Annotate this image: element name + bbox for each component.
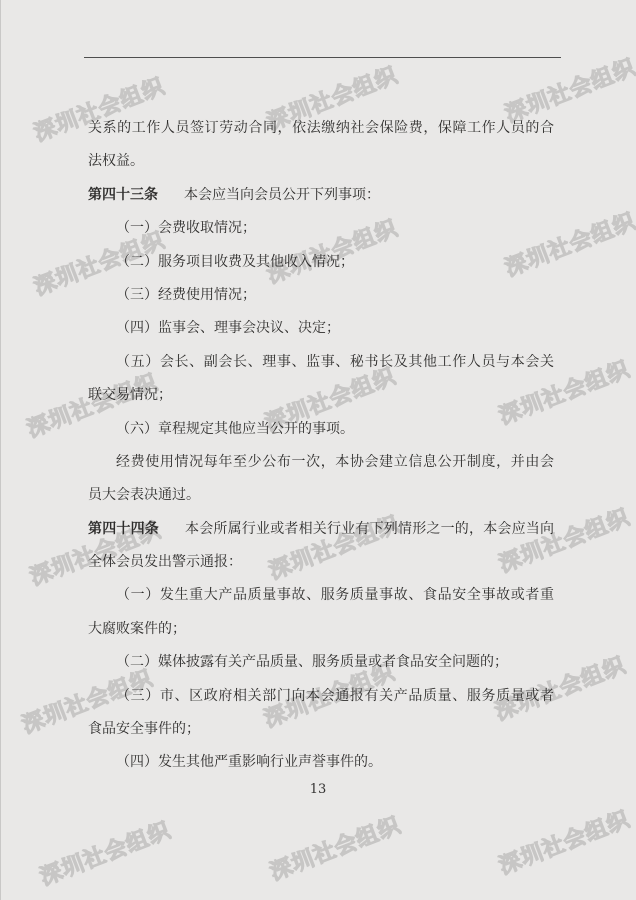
- article-number: 第四十四条: [88, 521, 159, 537]
- header-divider: [84, 57, 561, 58]
- line-text: 经费使用情况每年至少公布一次，本协会建立信息公开制度，并由会: [116, 454, 554, 470]
- line-text: （二）服务项目收费及其他收入情况；: [116, 254, 354, 270]
- line-text: 本会应当向会员公开下列事项：: [184, 187, 380, 203]
- text-line: （四）监事会、理事会决议、决定；: [88, 312, 554, 345]
- text-line: （一）发生重大产品质量事故、服务质量事故、食品安全事故或者重: [88, 579, 554, 612]
- text-line: 经费使用情况每年至少公布一次，本协会建立信息公开制度，并由会: [88, 446, 554, 479]
- text-line: 大腐败案件的；: [88, 613, 554, 646]
- line-text: （六）章程规定其他应当公开的事项。: [116, 421, 354, 437]
- line-text: 员大会表决通过。: [88, 487, 200, 503]
- article-number: 第四十三条: [88, 187, 158, 203]
- text-line: 关系的工作人员签订劳动合同，依法缴纳社会保险费，保障工作人员的合: [88, 112, 554, 145]
- line-text: 本会所属行业或者相关行业有下列情形之一的，本会应当向: [185, 521, 554, 537]
- text-line: （一）会费收取情况；: [88, 212, 554, 245]
- line-text: （二）媒体披露有关产品质量、服务质量或者食品安全问题的；: [116, 654, 508, 670]
- text-line: （三）市、区政府相关部门向本会通报有关产品质量、服务质量或者: [88, 680, 554, 713]
- line-text: （一）发生重大产品质量事故、服务质量事故、食品安全事故或者重: [116, 587, 554, 603]
- document-page: 深圳社会组织深圳社会组织深圳社会组织深圳社会组织深圳社会组织深圳社会组织深圳社会…: [0, 0, 636, 900]
- line-text: （三）市、区政府相关部门向本会通报有关产品质量、服务质量或者: [116, 688, 554, 704]
- watermark-text: 深圳社会组织: [35, 813, 175, 891]
- line-text: 法权益。: [88, 153, 144, 169]
- watermark-text: 深圳社会组织: [265, 808, 405, 886]
- text-line: （六）章程规定其他应当公开的事项。: [88, 413, 554, 446]
- line-text: 大腐败案件的；: [88, 621, 186, 637]
- page-number: 13: [0, 783, 636, 797]
- text-line: 食品安全事件的；: [88, 713, 554, 746]
- line-text: 食品安全事件的；: [88, 721, 200, 737]
- text-line: 员大会表决通过。: [88, 479, 554, 512]
- line-text: 联交易情况；: [88, 387, 172, 403]
- line-text: （五）会长、副会长、理事、监事、秘书长及其他工作人员与本会关: [116, 354, 554, 370]
- line-text: 关系的工作人员签订劳动合同，依法缴纳社会保险费，保障工作人员的合: [88, 120, 554, 136]
- line-text: （四）监事会、理事会决议、决定；: [116, 320, 340, 336]
- text-line: 第四十三条本会应当向会员公开下列事项：: [88, 179, 554, 212]
- page-left-edge: [0, 0, 1, 900]
- text-line: 全体会员发出警示通报：: [88, 546, 554, 579]
- document-content: 关系的工作人员签订劳动合同，依法缴纳社会保险费，保障工作人员的合法权益。第四十三…: [88, 112, 554, 780]
- text-line: （二）媒体披露有关产品质量、服务质量或者食品安全问题的；: [88, 646, 554, 679]
- line-text: 全体会员发出警示通报：: [88, 554, 242, 570]
- line-text: （一）会费收取情况；: [116, 220, 256, 236]
- line-text: （三）经费使用情况；: [116, 287, 256, 303]
- text-line: （四）发生其他严重影响行业声誉事件的。: [88, 746, 554, 779]
- text-line: （三）经费使用情况；: [88, 279, 554, 312]
- text-line: （二）服务项目收费及其他收入情况；: [88, 246, 554, 279]
- line-text: （四）发生其他严重影响行业声誉事件的。: [116, 754, 382, 770]
- text-line: 联交易情况；: [88, 379, 554, 412]
- watermark-text: 深圳社会组织: [494, 802, 634, 880]
- text-line: 第四十四条本会所属行业或者相关行业有下列情形之一的，本会应当向: [88, 513, 554, 546]
- text-line: （五）会长、副会长、理事、监事、秘书长及其他工作人员与本会关: [88, 346, 554, 379]
- text-line: 法权益。: [88, 145, 554, 178]
